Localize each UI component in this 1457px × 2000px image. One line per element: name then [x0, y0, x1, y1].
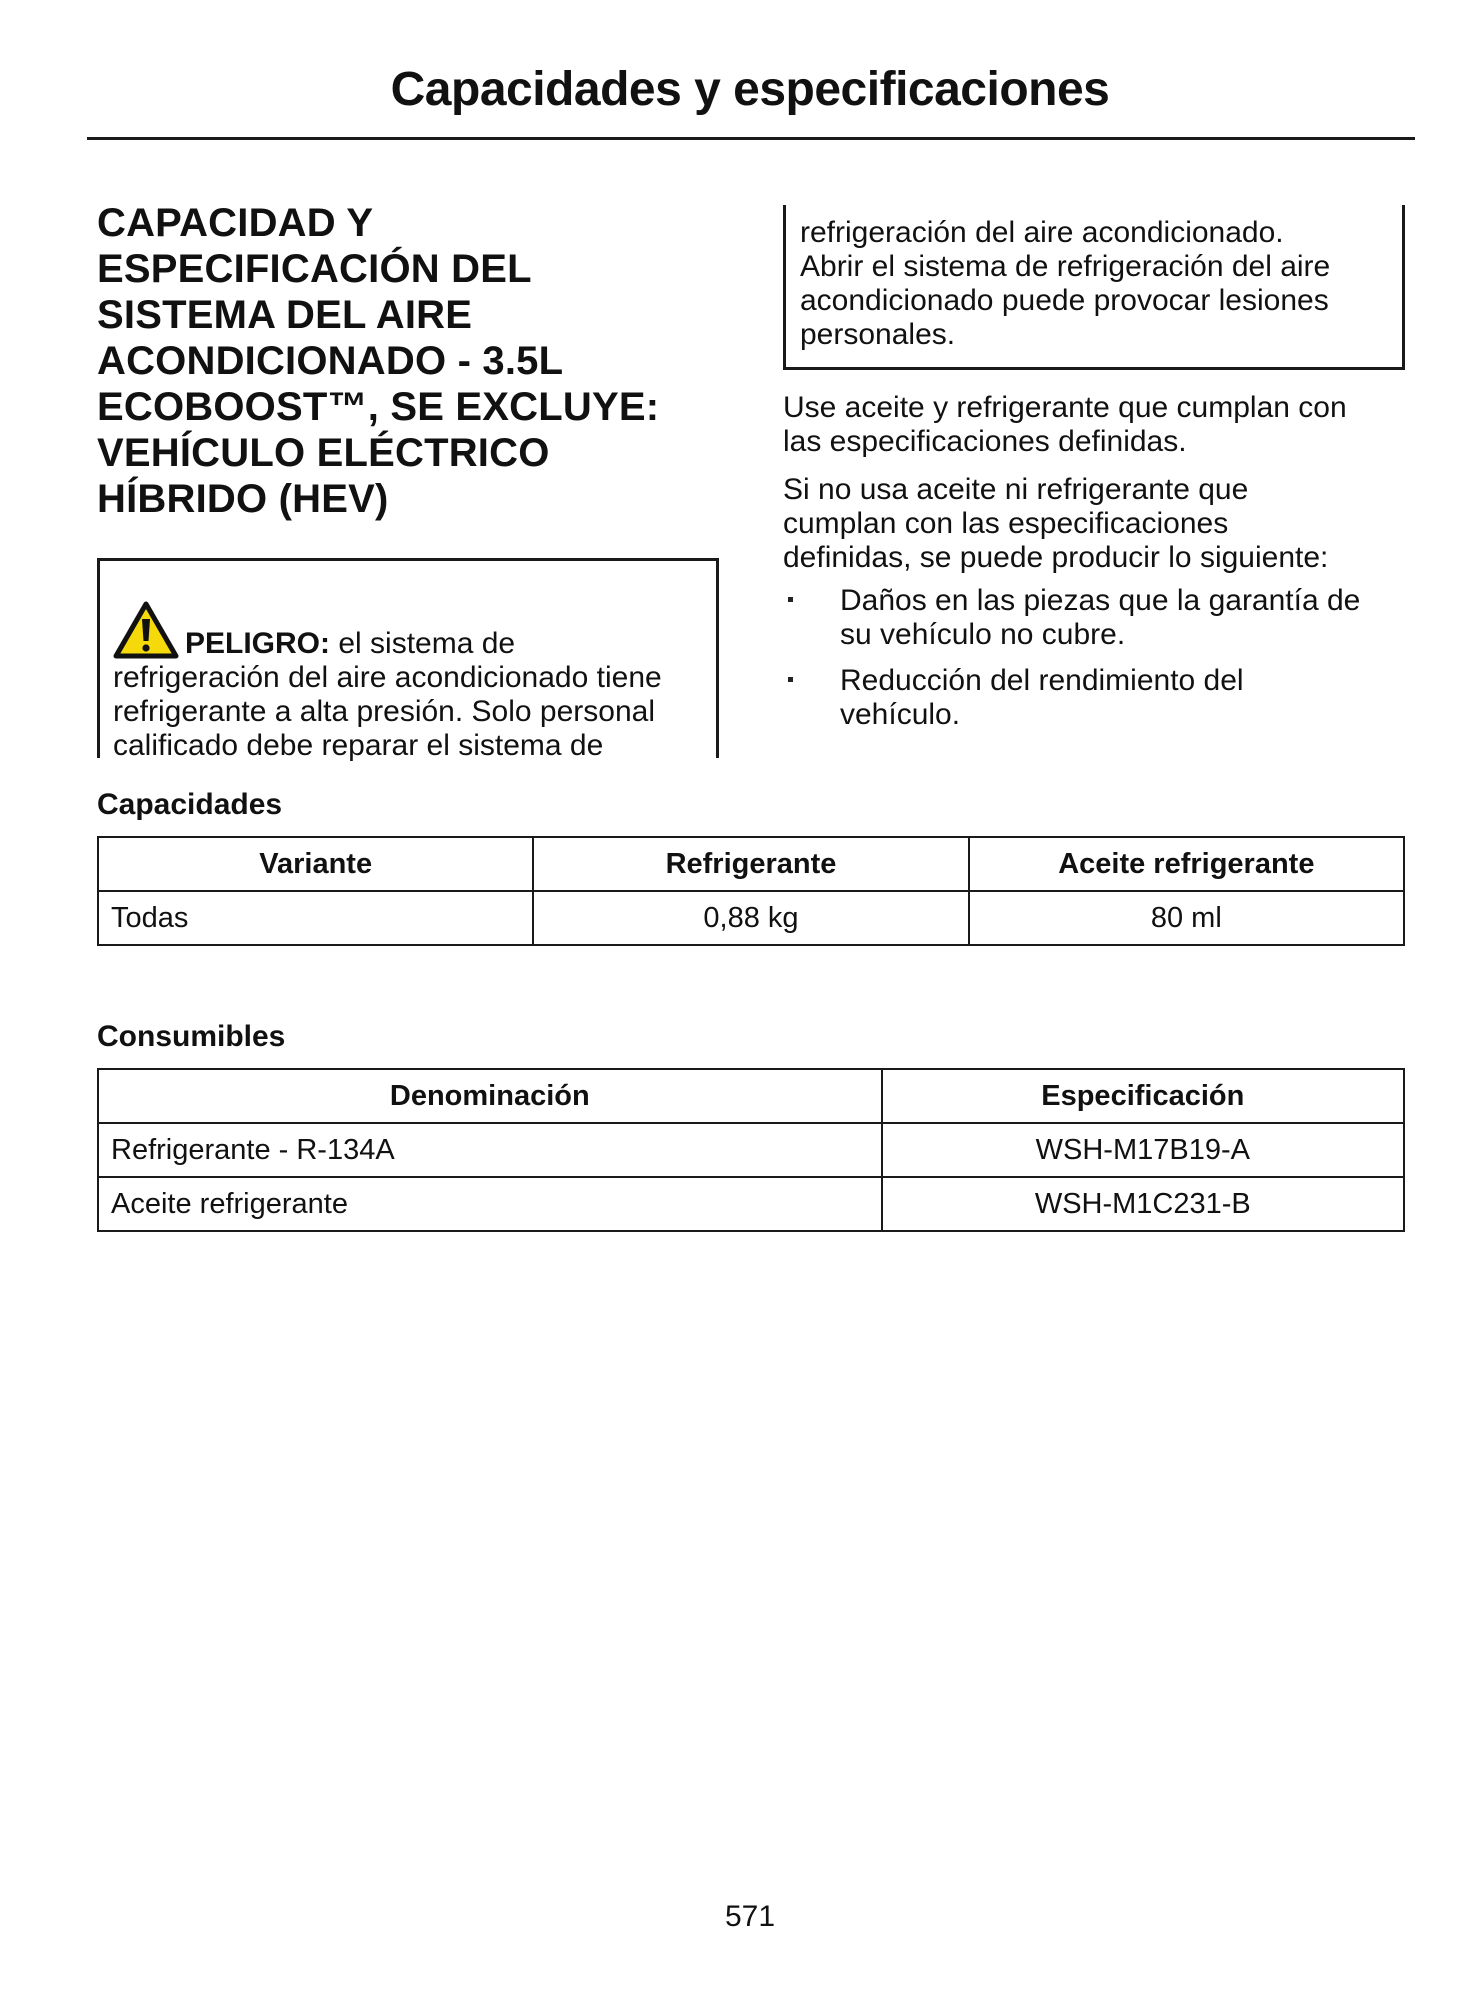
consequence-list: Daños en las piezas que la garantía de s… [783, 584, 1423, 744]
consumibles-table: Denominación Especificación Refrigerante… [97, 1068, 1405, 1232]
section-heading-line: SISTEMA DEL AIRE [97, 292, 737, 338]
paragraph-line: definidas, se puede producir lo siguient… [783, 541, 1423, 575]
table-cell: WSH-M1C231-B [882, 1177, 1404, 1231]
table-cell: WSH-M17B19-A [882, 1123, 1404, 1177]
table-cell: Aceite refrigerante [98, 1177, 882, 1231]
list-item: Reducción del rendimiento del vehículo. [783, 664, 1423, 732]
column-header: Especificación [882, 1069, 1404, 1123]
warning-triangle-icon [113, 601, 179, 659]
column-header: Aceite refrigerante [969, 837, 1404, 891]
warning-line: acondicionado puede provocar lesiones [800, 284, 1400, 318]
table-cell: Todas [98, 891, 533, 945]
table-header-row: Variante Refrigerante Aceite refrigerant… [98, 837, 1404, 891]
list-item: Daños en las piezas que la garantía de s… [783, 584, 1423, 652]
paragraph-line: las especificaciones definidas. [783, 425, 1423, 459]
section-heading-line: VEHÍCULO ELÉCTRICO [97, 430, 737, 476]
capacidades-table: Variante Refrigerante Aceite refrigerant… [97, 836, 1405, 946]
table-cell: 80 ml [969, 891, 1404, 945]
section-heading-line: ACONDICIONADO - 3.5L [97, 338, 737, 384]
title-divider [87, 137, 1415, 140]
bullet-icon [788, 597, 793, 602]
column-header: Refrigerante [533, 837, 968, 891]
warning-line: refrigeración del aire acondicionado. [800, 216, 1400, 250]
table-row: Aceite refrigerante WSH-M1C231-B [98, 1177, 1404, 1231]
warning-line: personales. [800, 318, 1400, 352]
table-cell: Refrigerante - R-134A [98, 1123, 882, 1177]
paragraph-line: cumplan con las especificaciones [783, 507, 1423, 541]
paragraph-consequences: Si no usa aceite ni refrigerante que cum… [783, 473, 1423, 575]
list-item-line: vehículo. [840, 698, 1423, 732]
capacidades-heading: Capacidades [97, 788, 282, 822]
warning-text-continued: refrigeración del aire acondicionado. Ab… [800, 216, 1400, 352]
section-heading-line: ESPECIFICACIÓN DEL [97, 246, 737, 292]
column-header: Variante [98, 837, 533, 891]
consumibles-heading: Consumibles [97, 1020, 285, 1054]
table-cell: 0,88 kg [533, 891, 968, 945]
list-item-line: Reducción del rendimiento del [840, 664, 1423, 698]
list-item-line: su vehículo no cubre. [840, 618, 1423, 652]
section-heading-line: HÍBRIDO (HEV) [97, 476, 737, 522]
paragraph-use-specified: Use aceite y refrigerante que cumplan co… [783, 391, 1423, 459]
warning-line: refrigeración del aire acondicionado tie… [113, 661, 713, 695]
warning-text: el sistema de [330, 627, 515, 660]
warning-first-line: PELIGRO: el sistema de [113, 601, 713, 661]
warning-line: calificado debe reparar el sistema de [113, 729, 713, 763]
page-title: Capacidades y especificaciones [0, 62, 1457, 117]
table-header-row: Denominación Especificación [98, 1069, 1404, 1123]
section-heading: CAPACIDAD Y ESPECIFICACIÓN DEL SISTEMA D… [97, 200, 737, 522]
warning-label: PELIGRO: [185, 627, 330, 660]
bullet-icon [788, 677, 793, 682]
warning-line: refrigerante a alta presión. Solo person… [113, 695, 713, 729]
section-heading-line: CAPACIDAD Y [97, 200, 737, 246]
paragraph-line: Use aceite y refrigerante que cumplan co… [783, 391, 1423, 425]
section-heading-line: ECOBOOST™, SE EXCLUYE: [97, 384, 737, 430]
page-number: 571 [0, 1900, 1457, 1934]
warning-line: Abrir el sistema de refrigeración del ai… [800, 250, 1400, 284]
list-item-line: Daños en las piezas que la garantía de [840, 584, 1423, 618]
column-header: Denominación [98, 1069, 882, 1123]
table-row: Refrigerante - R-134A WSH-M17B19-A [98, 1123, 1404, 1177]
table-row: Todas 0,88 kg 80 ml [98, 891, 1404, 945]
warning-text-start: PELIGRO: el sistema de refrigeración del… [113, 601, 713, 763]
paragraph-line: Si no usa aceite ni refrigerante que [783, 473, 1423, 507]
